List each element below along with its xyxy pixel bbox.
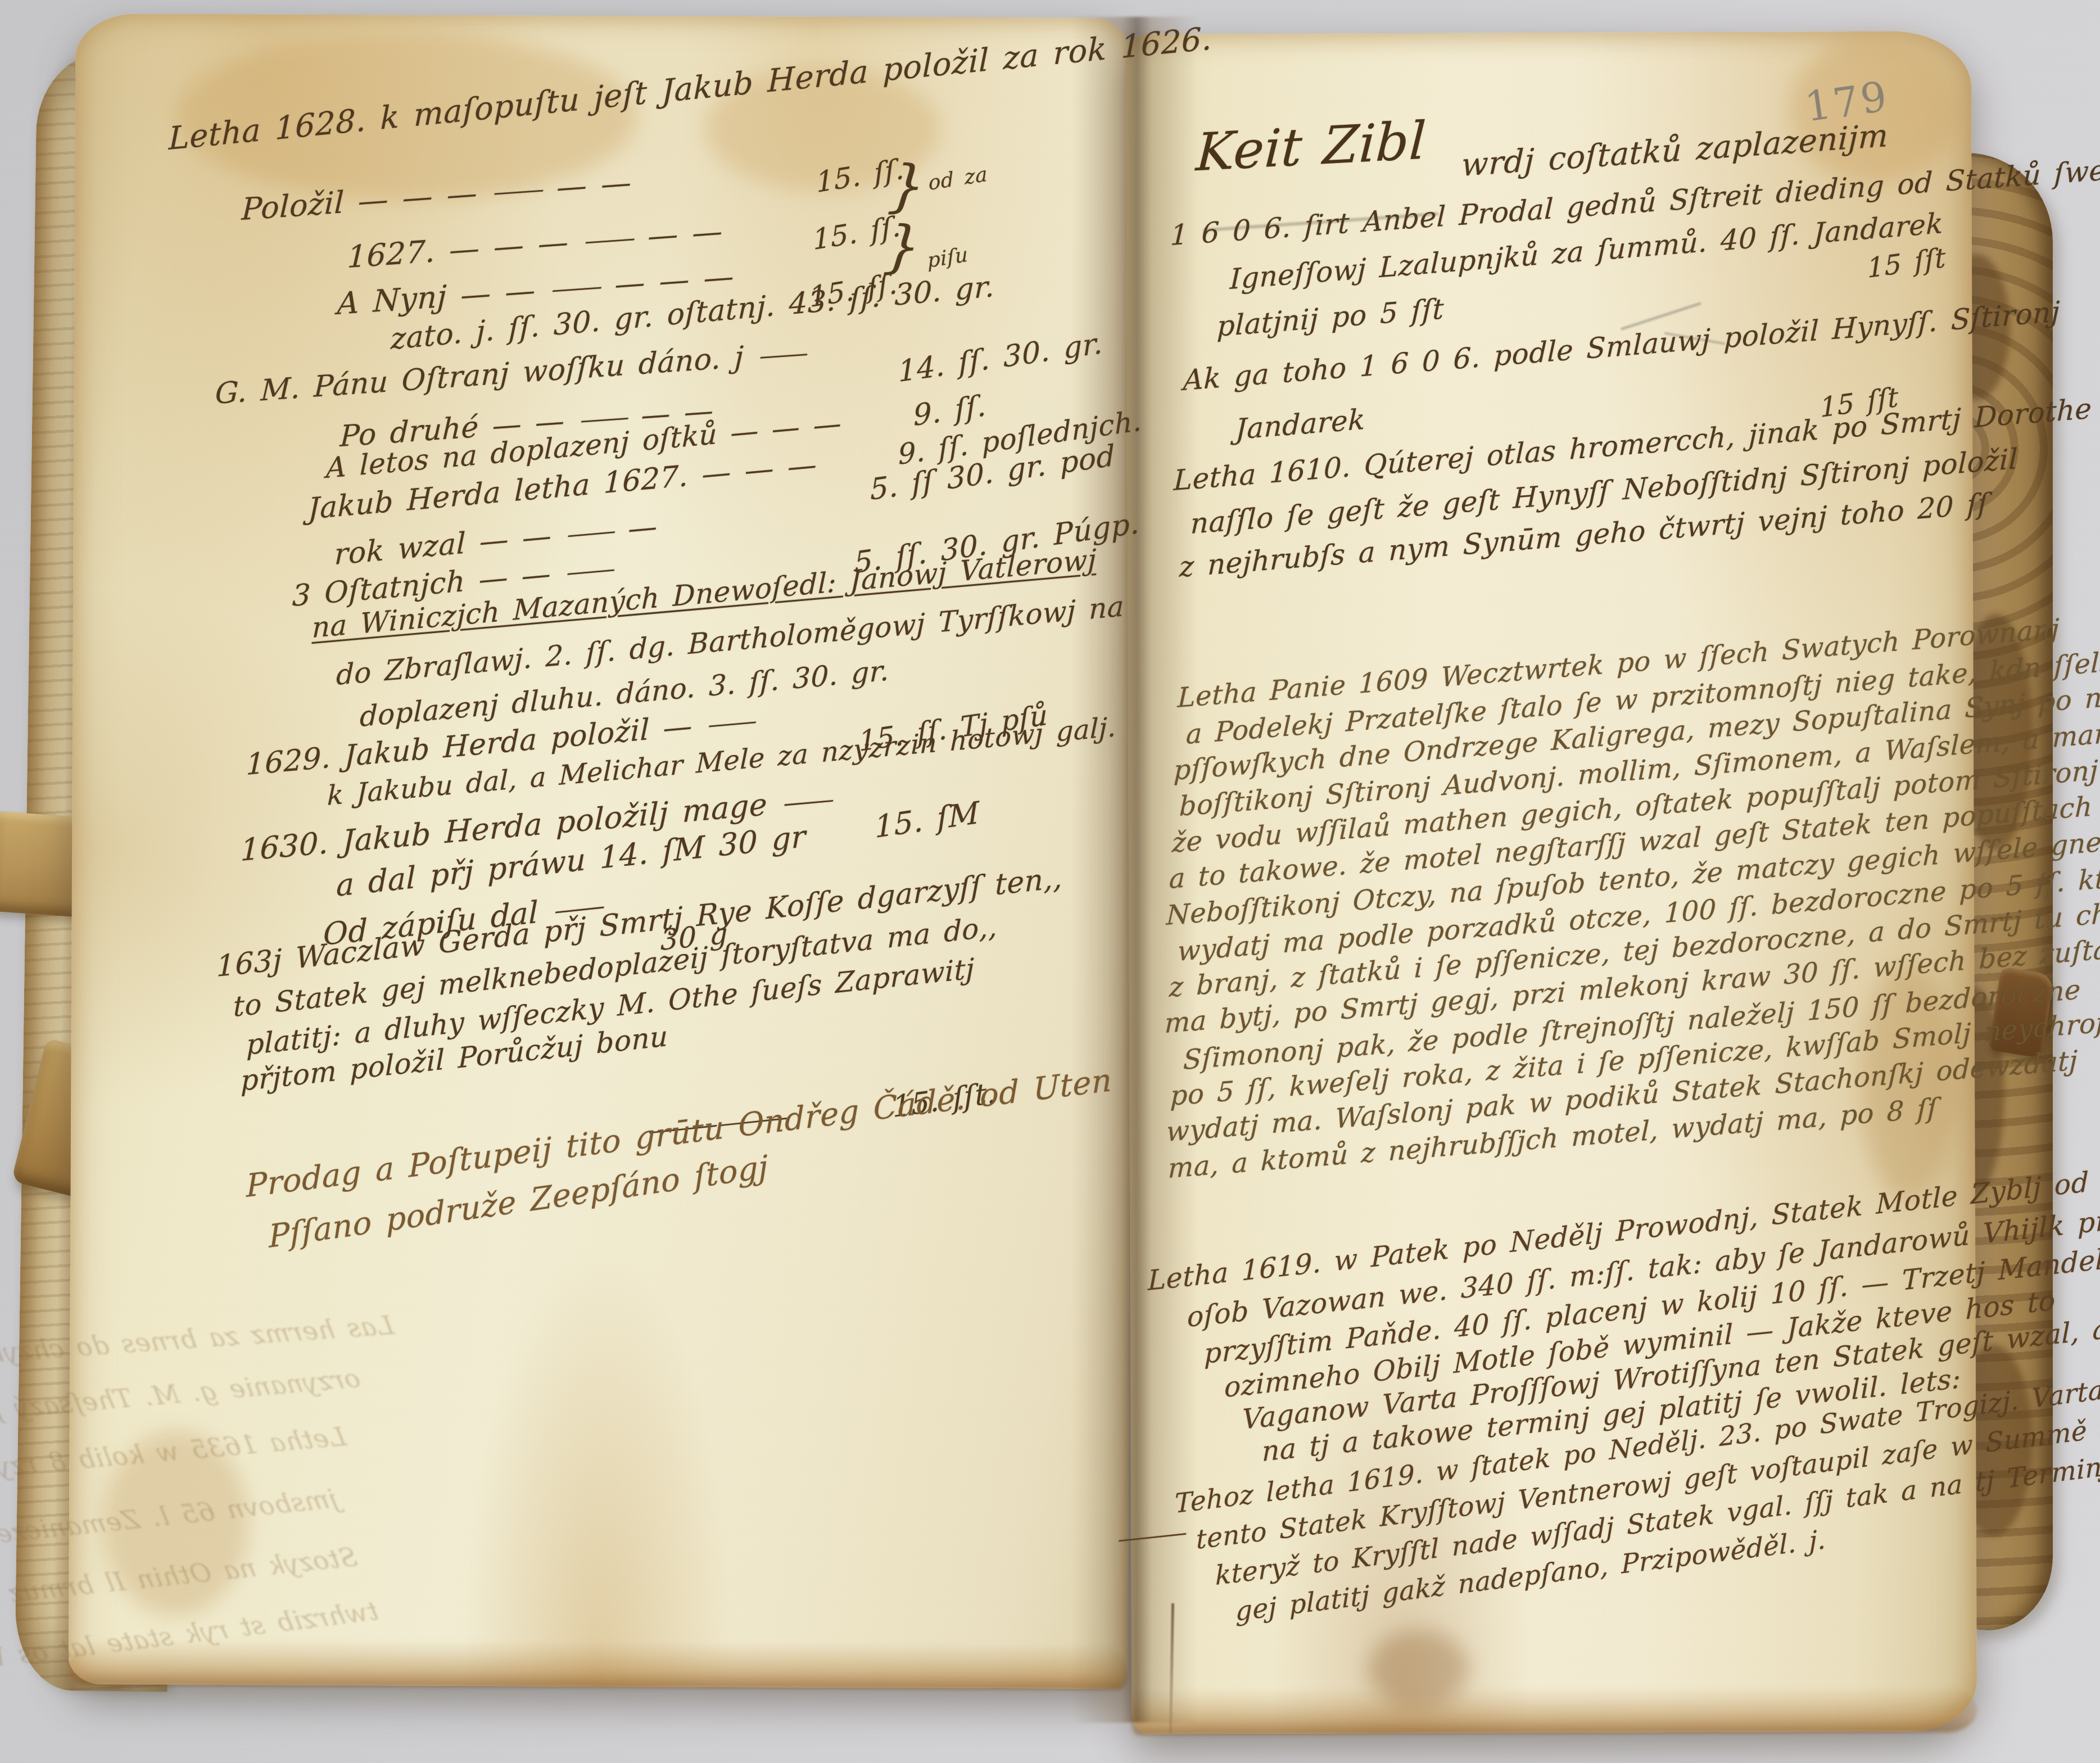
manuscript-line: platjnij po 5 ſſt — [1216, 292, 1445, 343]
manuscript-line: Keit Zibl — [1194, 110, 1428, 183]
manuscript-line: Jandarek — [1235, 403, 1365, 446]
manuscript-photo: 179 Letha 1628. k maſopuſtu jeſt Jakub H… — [0, 0, 2100, 1763]
right-page-handwriting: Keit Ziblwrdj coſtatků zaplazenijm1 6 0 … — [0, 0, 2100, 1763]
manuscript-line: 15 ſſt — [1867, 242, 1947, 284]
